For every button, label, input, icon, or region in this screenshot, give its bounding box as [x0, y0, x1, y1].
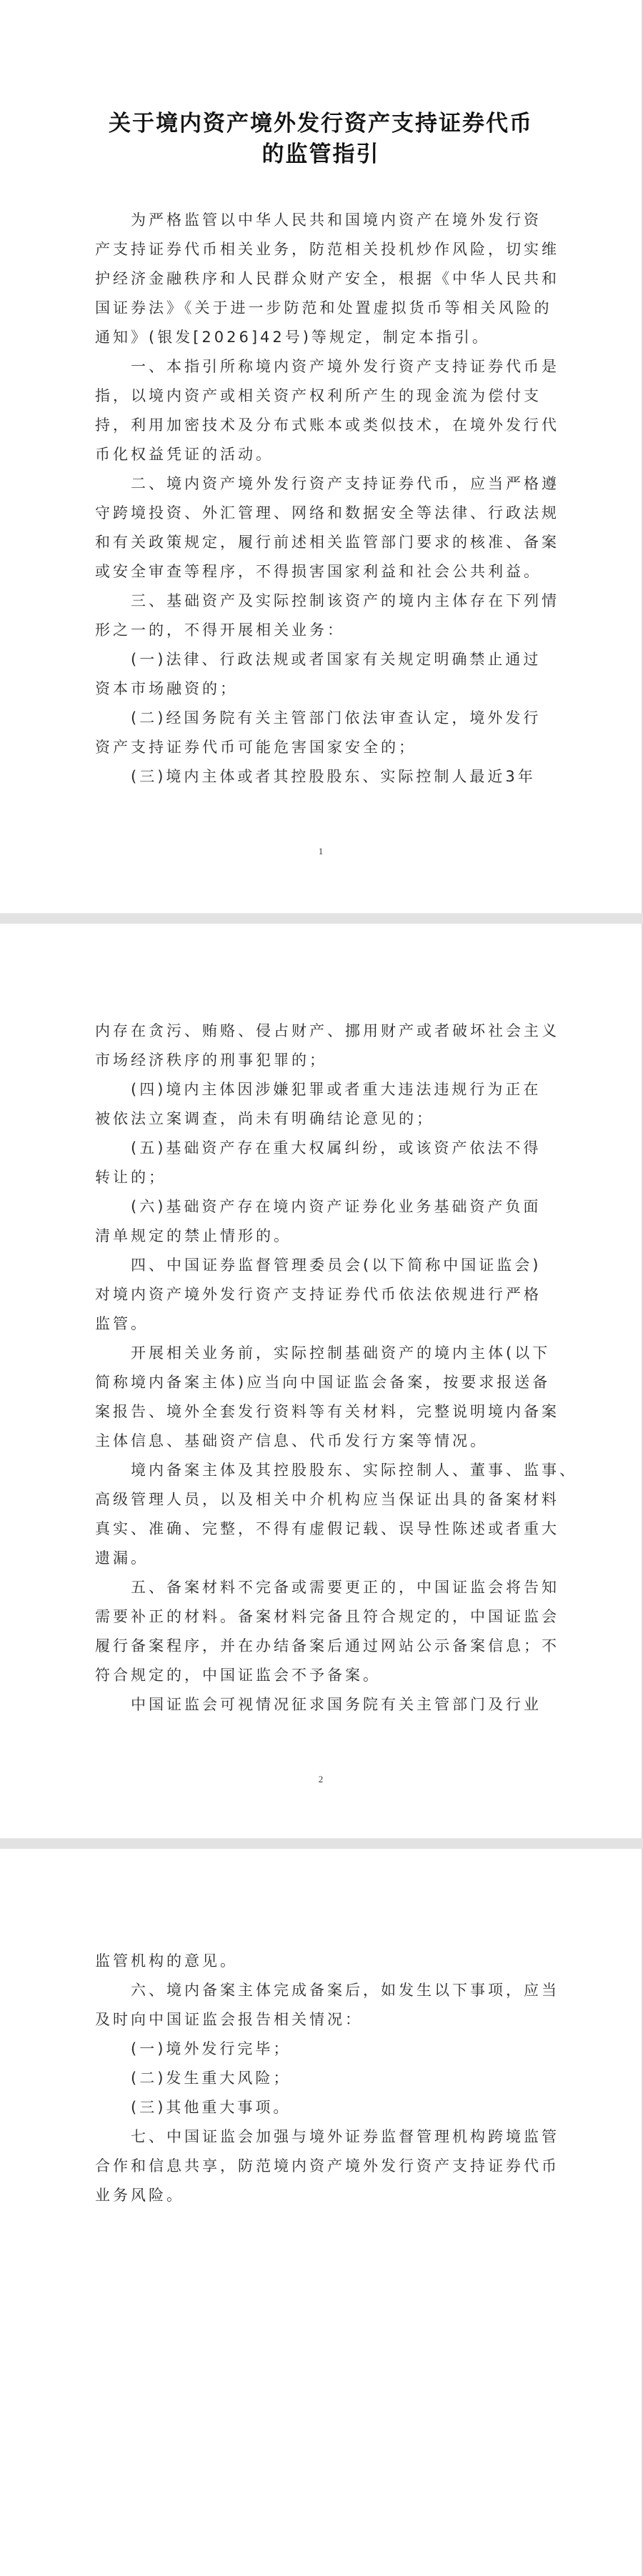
page-2-body: 内存在贪污、贿赂、侵占财产、挪用财产或者破坏社会主义市场经济秩序的刑事犯罪的；(…	[95, 1017, 545, 1719]
text-line: 监管。	[95, 1309, 545, 1339]
text-line: 合作和信息共享，防范境内资产境外发行资产支持证券代币	[95, 2152, 545, 2181]
text-line: 履行备案程序，并在办结备案后通过网站公示备案信息；不	[95, 1632, 545, 1661]
text-line: 资本市场融资的；	[95, 674, 545, 704]
text-line: 五、备案材料不完备或需要更正的，中国证监会将告知	[95, 1573, 545, 1602]
text-line: 案报告、境外全套发行资料等有关材料，完整说明境内备案	[95, 1397, 545, 1427]
text-line: (二)经国务院有关主管部门依法审查认定，境外发行	[95, 704, 545, 733]
text-line: 资产支持证券代币可能危害国家安全的；	[95, 733, 545, 762]
text-line: 为严格监管以中华人民共和国境内资产在境外发行资	[95, 206, 545, 235]
text-line: 境内备案主体及其控股股东、实际控制人、董事、监事、	[95, 1456, 545, 1485]
page-number: 2	[0, 1774, 642, 1785]
text-line: 市场经济秩序的刑事犯罪的；	[95, 1046, 545, 1075]
text-line: 中国证监会可视情况征求国务院有关主管部门及行业	[95, 1690, 545, 1719]
document-page-2: 内存在贪污、贿赂、侵占财产、挪用财产或者破坏社会主义市场经济秩序的刑事犯罪的；(…	[0, 924, 643, 1838]
title-line-1: 关于境内资产境外发行资产支持证券代币	[0, 109, 642, 139]
text-line: 需要补正的材料。备案材料完备且符合规定的，中国证监会	[95, 1602, 545, 1632]
text-line: 产支持证券代币相关业务，防范相关投机炒作风险，切实维	[95, 235, 545, 264]
text-line: 七、中国证监会加强与境外证券监督管理机构跨境监管	[95, 2122, 545, 2152]
text-line: 守跨境投资、外汇管理、网络和数据安全等法律、行政法规	[95, 499, 545, 528]
page-separator	[0, 1838, 643, 1849]
text-line: 转让的；	[95, 1163, 545, 1192]
text-line: (二)发生重大风险；	[95, 2064, 545, 2093]
text-line: 符合规定的，中国证监会不予备案。	[95, 1661, 545, 1690]
page-3-body: 监管机构的意见。六、境内备案主体完成备案后，如发生以下事项，应当及时向中国证监会…	[95, 1947, 545, 2210]
text-line: (三)其他重大事项。	[95, 2093, 545, 2122]
text-line: 监管机构的意见。	[95, 1947, 545, 1976]
page-separator	[0, 913, 643, 924]
text-line: 遗漏。	[95, 1544, 545, 1573]
text-line: 及时向中国证监会报告相关情况：	[95, 2005, 545, 2035]
text-line: 指，以境内资产或相关资产权利所产生的现金流为偿付支	[95, 381, 545, 411]
text-line: 四、中国证券监督管理委员会(以下简称中国证监会)	[95, 1251, 545, 1280]
document-page-1: 关于境内资产境外发行资产支持证券代币 的监管指引 为严格监管以中华人民共和国境内…	[0, 0, 643, 913]
text-line: 高级管理人员，以及相关中介机构应当保证出具的备案材料	[95, 1485, 545, 1514]
text-line: (一)境外发行完毕；	[95, 2035, 545, 2064]
title-line-2: 的监管指引	[0, 139, 642, 170]
page-1-body: 为严格监管以中华人民共和国境内资产在境外发行资产支持证券代币相关业务，防范相关投…	[95, 206, 545, 792]
text-line: 通知》(银发[2026]42号)等规定，制定本指引。	[95, 323, 545, 352]
text-line: 内存在贪污、贿赂、侵占财产、挪用财产或者破坏社会主义	[95, 1017, 545, 1046]
text-line: 国证券法》《关于进一步防范和处置虚拟货币等相关风险的	[95, 294, 545, 323]
text-line: 和有关政策规定，履行前述相关监管部门要求的核准、备案	[95, 528, 545, 557]
text-line: 一、本指引所称境内资产境外发行资产支持证券代币是	[95, 352, 545, 381]
text-line: 清单规定的禁止情形的。	[95, 1222, 545, 1251]
text-line: 六、境内备案主体完成备案后，如发生以下事项，应当	[95, 1976, 545, 2005]
page-number: 1	[0, 846, 642, 857]
text-line: 开展相关业务前，实际控制基础资产的境内主体(以下	[95, 1339, 545, 1368]
text-line: 被依法立案调查，尚未有明确结论意见的；	[95, 1104, 545, 1134]
document-title: 关于境内资产境外发行资产支持证券代币 的监管指引	[0, 109, 642, 170]
text-line: 二、境内资产境外发行资产支持证券代币，应当严格遵	[95, 469, 545, 499]
text-line: (三)境内主体或者其控股股东、实际控制人最近3年	[95, 762, 545, 792]
text-line: 持，利用加密技术及分布式账本或类似技术，在境外发行代	[95, 411, 545, 440]
text-line: 形之一的，不得开展相关业务：	[95, 616, 545, 645]
text-line: 真实、准确、完整，不得有虚假记载、误导性陈述或者重大	[95, 1514, 545, 1544]
text-line: (六)基础资产存在境内资产证券化业务基础资产负面	[95, 1192, 545, 1222]
text-line: 币化权益凭证的活动。	[95, 440, 545, 469]
text-line: 对境内资产境外发行资产支持证券代币依法依规进行严格	[95, 1280, 545, 1309]
text-line: 或安全审查等程序，不得损害国家利益和社会公共利益。	[95, 557, 545, 586]
text-line: 三、基础资产及实际控制该资产的境内主体存在下列情	[95, 586, 545, 616]
text-line: 简称境内备案主体)应当向中国证监会备案，按要求报送备	[95, 1368, 545, 1397]
text-line: 主体信息、基础资产信息、代币发行方案等情况。	[95, 1427, 545, 1456]
text-line: 业务风险。	[95, 2181, 545, 2210]
document-page-3: 监管机构的意见。六、境内备案主体完成备案后，如发生以下事项，应当及时向中国证监会…	[0, 1849, 643, 2576]
text-line: (四)境内主体因涉嫌犯罪或者重大违法违规行为正在	[95, 1075, 545, 1104]
text-line: 护经济金融秩序和人民群众财产安全，根据《中华人民共和	[95, 264, 545, 294]
text-line: (五)基础资产存在重大权属纠纷，或该资产依法不得	[95, 1134, 545, 1163]
text-line: (一)法律、行政法规或者国家有关规定明确禁止通过	[95, 645, 545, 674]
